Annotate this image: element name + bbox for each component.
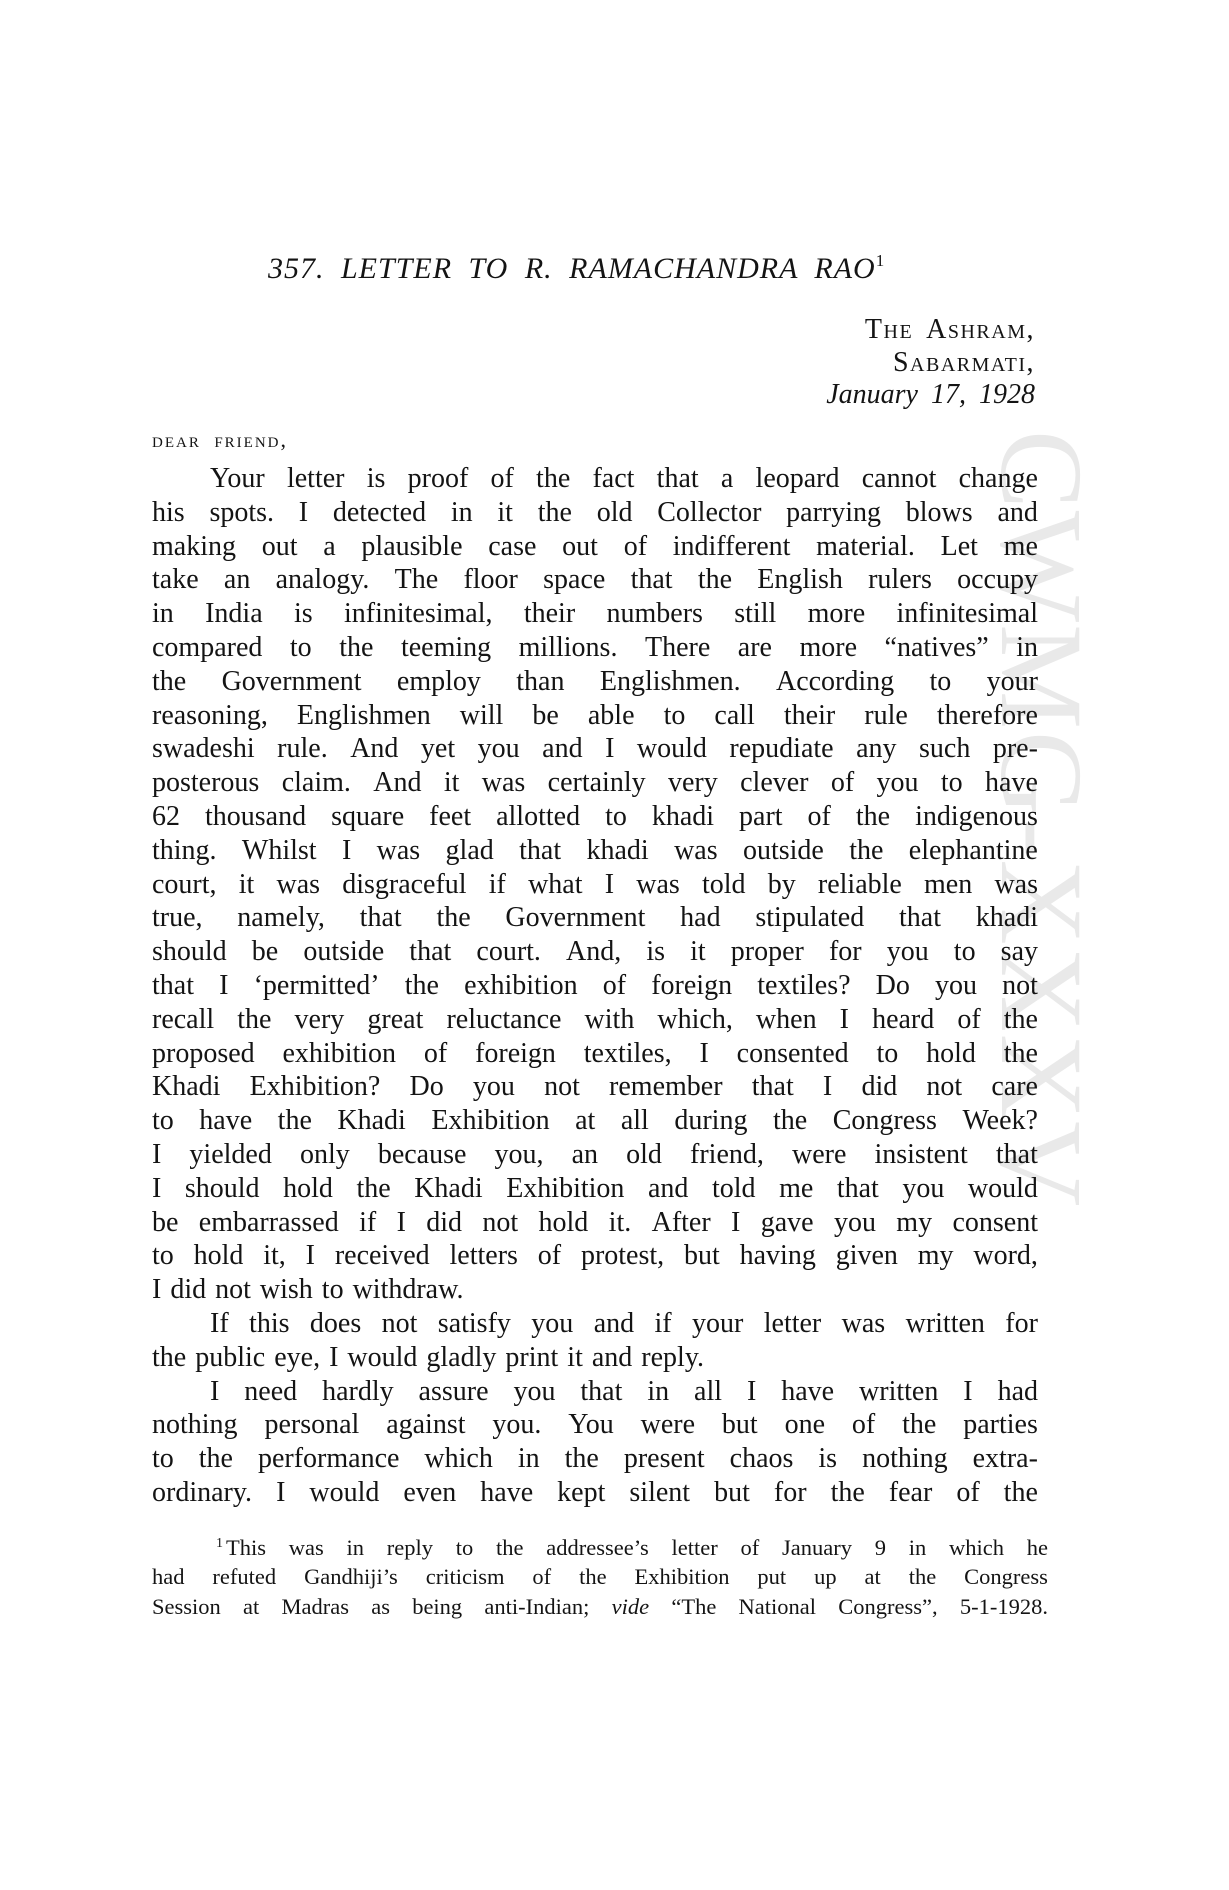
body-line: comparedtotheteemingmillions.Therearemor…	[152, 631, 1038, 665]
footnote-line: hadrefutedGandhiji’scriticismoftheExhibi…	[152, 1562, 1048, 1591]
body-line: court,itwasdisgracefulifwhatIwastoldbyre…	[152, 868, 1038, 902]
body-line: nothingpersonalagainstyou.Youwerebutoneo…	[152, 1408, 1038, 1442]
body-line: 62thousandsquarefeetallottedtokhadiparto…	[152, 800, 1038, 834]
sender-address: The Ashram, Sabarmati, January 17, 1928	[826, 314, 1035, 412]
body-line: recalltheverygreatreluctancewithwhich,wh…	[152, 1003, 1038, 1037]
body-line: thing.WhilstIwasgladthatkhadiwasoutsidet…	[152, 834, 1038, 868]
footnote-line: SessionatMadrasasbeinganti-Indian;vide“T…	[152, 1592, 1048, 1621]
address-line-1: The Ashram,	[826, 314, 1035, 347]
body-line: tohavetheKhadiExhibitionatallduringtheCo…	[152, 1104, 1038, 1138]
body-line: thatI‘permitted’theexhibitionofforeignte…	[152, 969, 1038, 1003]
address-line-2: Sabarmati,	[826, 347, 1035, 380]
body-line: toholdit,Ireceivedlettersofprotest,butha…	[152, 1239, 1038, 1273]
body-line: proposedexhibitionofforeigntextiles,Icon…	[152, 1037, 1038, 1071]
body-line: Iyieldedonlybecauseyou,anoldfriend,werei…	[152, 1138, 1038, 1172]
footnote: 1Thiswasinreplytotheaddressee’sletterofJ…	[152, 1533, 1048, 1621]
body-line: IneedhardlyassureyouthatinallIhavewritte…	[152, 1375, 1038, 1409]
footnote-reference: 1	[876, 251, 886, 270]
body-line: swadeshirule.AndyetyouandIwouldrepudiate…	[152, 732, 1038, 766]
body-line: makingoutaplausiblecaseoutofindifferentm…	[152, 530, 1038, 564]
body-line: inIndiaisinfinitesimal,theirnumbersstill…	[152, 597, 1038, 631]
letter-date: January 17, 1928	[826, 379, 1035, 412]
body-line: totheperformancewhichinthepresentchaosis…	[152, 1442, 1038, 1476]
letter-title: LETTER TO R. RAMACHANDRA RAO	[341, 252, 876, 285]
salutation: DEAR FRIEND,	[152, 427, 288, 453]
body-line: KhadiExhibition?DoyounotrememberthatIdid…	[152, 1070, 1038, 1104]
letter-body: Yourletterisproofofthefactthataleopardca…	[152, 462, 1038, 1510]
body-line: IshouldholdtheKhadiExhibitionandtoldmeth…	[152, 1172, 1038, 1206]
body-line: Yourletterisproofofthefactthataleopardca…	[152, 462, 1038, 496]
footnote-line: 1Thiswasinreplytotheaddressee’sletterofJ…	[152, 1533, 1048, 1562]
body-line: true,namely,thattheGovernmenthadstipulat…	[152, 901, 1038, 935]
letter-heading: 357. LETTER TO R. RAMACHANDRA RAO1	[268, 252, 885, 286]
footnote-marker: 1	[216, 1536, 223, 1551]
body-line: posterousclaim.Anditwascertainlyveryclev…	[152, 766, 1038, 800]
body-line: theGovernmentemploythanEnglishmen.Accord…	[152, 665, 1038, 699]
body-line: Ifthisdoesnotsatisfyyouandifyourletterwa…	[152, 1307, 1038, 1341]
body-line: shouldbeoutsidethatcourt.And,isitproperf…	[152, 935, 1038, 969]
body-line: hisspots.IdetectedinittheoldCollectorpar…	[152, 496, 1038, 530]
body-line: takeananalogy.ThefloorspacethattheEnglis…	[152, 563, 1038, 597]
body-line: ordinary.Iwouldevenhavekeptsilentbutfort…	[152, 1476, 1038, 1510]
body-line: thepubliceye,Iwouldgladlyprintitandreply…	[152, 1341, 1038, 1375]
body-line: Ididnotwishtowithdraw.	[152, 1273, 1038, 1307]
body-line: beembarrassedifIdidnotholdit.AfterIgavey…	[152, 1206, 1038, 1240]
body-line: reasoning,Englishmenwillbeabletocallthei…	[152, 699, 1038, 733]
letter-number: 357.	[268, 252, 325, 285]
